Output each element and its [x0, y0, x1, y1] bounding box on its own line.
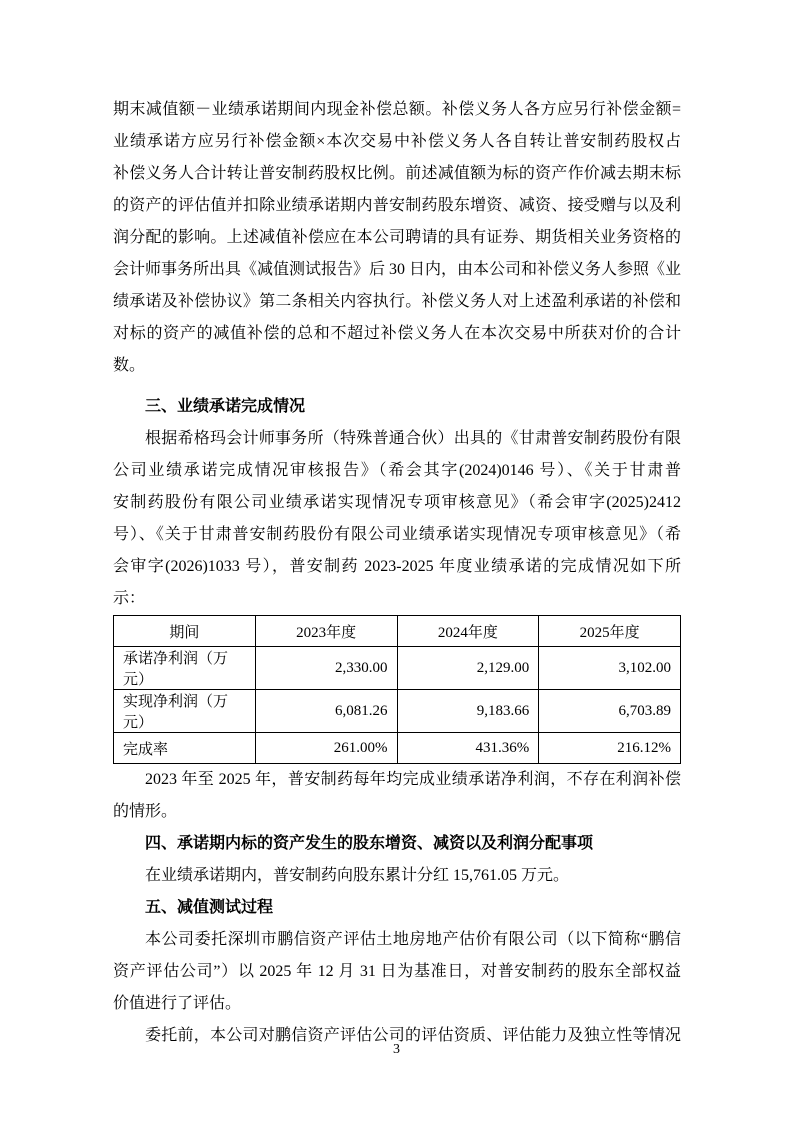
table-row: 实现净利润（万元） 6,081.26 9,183.66 6,703.89	[114, 690, 681, 733]
text-line: 本公司委托深圳市鹏信资产评估土地房地产估价有限公司（以下简称“鹏信	[113, 924, 681, 956]
table-cell: 2,330.00	[255, 647, 397, 690]
text-line: 根据希格玛会计师事务所（特殊普通合伙）出具的《甘肃普安制药股份有限	[113, 423, 681, 455]
table-row: 完成率 261.00% 431.36% 216.12%	[114, 733, 681, 764]
text-line: 价值进行了评估。	[113, 988, 681, 1020]
table-cell: 9,183.66	[397, 690, 539, 733]
text-line: 业绩承诺方应另行补偿金额×本次交易中补偿义务人各自转让普安制药股权占	[113, 126, 681, 158]
table-row-label: 完成率	[114, 733, 256, 764]
table-header-row: 期间 2023年度 2024年度 2025年度	[114, 616, 681, 647]
table-cell: 261.00%	[255, 733, 397, 764]
table-row-label: 实现净利润（万元）	[114, 690, 256, 733]
section4-paragraph: 在业绩承诺期内，普安制药向股东累计分红 15,761.05 万元。	[113, 860, 681, 892]
text-line: 绩承诺及补偿协议》第二条相关内容执行。补偿义务人对上述盈利承诺的补偿和	[113, 286, 681, 318]
text-line: 润分配的影响。上述减值补偿应在本公司聘请的具有证券、期货相关业务资格的	[113, 222, 681, 254]
section3-conclusion-paragraph: 2023 年至 2025 年，普安制药每年均完成业绩承诺净利润，不存在利润补偿 …	[113, 764, 681, 828]
table-header-cell: 2023年度	[255, 616, 397, 647]
text-line: 期末减值额－业绩承诺期间内现金补偿总额。补偿义务人各方应另行补偿金额=	[113, 94, 681, 126]
page-content: 期末减值额－业绩承诺期间内现金补偿总额。补偿义务人各方应另行补偿金额= 业绩承诺…	[113, 94, 681, 1052]
text-line: 的资产的评估值并扣除业绩承诺期内普安制药股东增资、减资、接受赠与以及利	[113, 190, 681, 222]
text-line: 2023 年至 2025 年，普安制药每年均完成业绩承诺净利润，不存在利润补偿	[113, 764, 681, 796]
text-line: 会审字(2026)1033 号），普安制药 2023-2025 年度业绩承诺的完…	[113, 551, 681, 583]
continuation-paragraph: 期末减值额－业绩承诺期间内现金补偿总额。补偿义务人各方应另行补偿金额= 业绩承诺…	[113, 94, 681, 382]
section3-intro-paragraph: 根据希格玛会计师事务所（特殊普通合伙）出具的《甘肃普安制药股份有限 公司业绩承诺…	[113, 423, 681, 615]
performance-commitment-table: 期间 2023年度 2024年度 2025年度 承诺净利润（万元） 2,330.…	[113, 615, 681, 764]
text-line: 的情形。	[113, 796, 681, 828]
text-line: 号）、《关于甘肃普安制药股份有限公司业绩承诺实现情况专项审核意见》（希	[113, 519, 681, 551]
text-line: 会计师事务所出具《减值测试报告》后 30 日内，由本公司和补偿义务人参照《业	[113, 254, 681, 286]
page-number: 3	[0, 1038, 793, 1062]
table-row-label: 承诺净利润（万元）	[114, 647, 256, 690]
table-header-cell: 2024年度	[397, 616, 539, 647]
section3-heading: 三、业绩承诺完成情况	[113, 391, 681, 423]
table-header-cell: 期间	[114, 616, 256, 647]
table-cell: 6,703.89	[539, 690, 681, 733]
text-line: 公司业绩承诺完成情况审核报告》（希会其字(2024)0146 号）、《关于甘肃普	[113, 455, 681, 487]
text-line: 数。	[113, 350, 681, 382]
text-line: 资产评估公司”）以 2025 年 12 月 31 日为基准日，对普安制药的股东全…	[113, 956, 681, 988]
text-line: 示：	[113, 583, 681, 615]
table-header-cell: 2025年度	[539, 616, 681, 647]
section4-heading: 四、承诺期内标的资产发生的股东增资、减资以及利润分配事项	[113, 828, 681, 860]
table-row: 承诺净利润（万元） 2,330.00 2,129.00 3,102.00	[114, 647, 681, 690]
section5-paragraph1: 本公司委托深圳市鹏信资产评估土地房地产估价有限公司（以下简称“鹏信 资产评估公司…	[113, 924, 681, 1020]
table-cell: 216.12%	[539, 733, 681, 764]
table-cell: 3,102.00	[539, 647, 681, 690]
table-cell: 6,081.26	[255, 690, 397, 733]
section5-heading: 五、减值测试过程	[113, 892, 681, 924]
table-cell: 431.36%	[397, 733, 539, 764]
text-line: 对标的资产的减值补偿的总和不超过补偿义务人在本次交易中所获对价的合计	[113, 318, 681, 350]
document-page: 期末减值额－业绩承诺期间内现金补偿总额。补偿义务人各方应另行补偿金额= 业绩承诺…	[0, 0, 793, 1122]
text-line: 补偿义务人合计转让普安制药股权比例。前述减值额为标的资产作价减去期末标	[113, 158, 681, 190]
table-cell: 2,129.00	[397, 647, 539, 690]
text-line: 安制药股份有限公司业绩承诺实现情况专项审核意见》（希会审字(2025)2412	[113, 487, 681, 519]
